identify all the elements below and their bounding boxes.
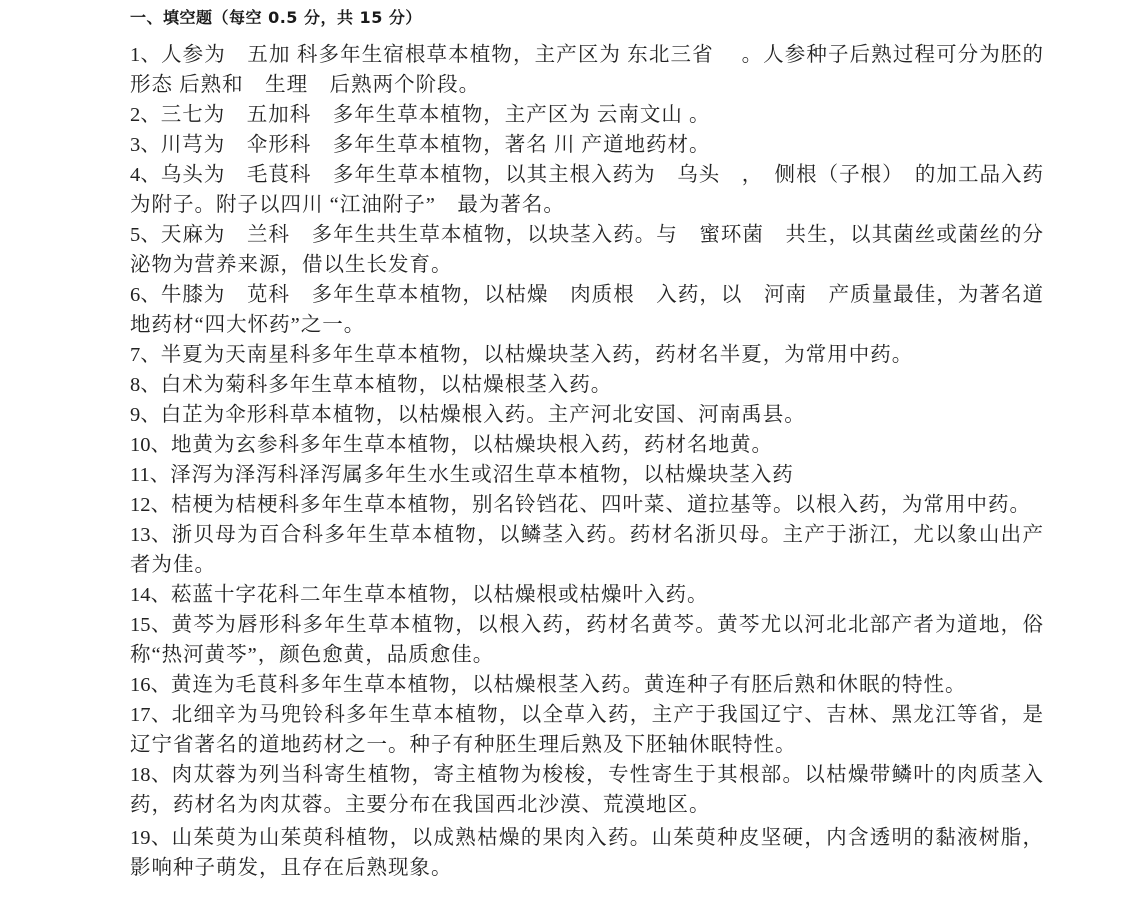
question-number: 10、 (130, 434, 171, 456)
question-number: 4、 (130, 164, 161, 186)
question-text: 白术为菊科多年生草本植物，以枯燥根茎入药。 (161, 374, 613, 396)
question-text: 浙贝母为百合科多年生草本植物，以鳞茎入药。药材名浙贝母。主产于浙江，尤以象山出产… (130, 524, 1044, 576)
question-text: 半夏为天南星科多年生草本植物，以枯燥块茎入药，药材名半夏，为常用中药。 (161, 344, 914, 366)
question-number: 8、 (130, 374, 161, 396)
question-text: 黄芩为唇形科多年生草本植物，以根入药，药材名黄芩。黄芩尤以河北北部产者为道地，俗… (130, 614, 1044, 666)
question-item-9: 9、白芷为伞形科草本植物，以枯燥根入药。主产河北安国、河南禹县。 (130, 400, 1044, 430)
question-number: 18、 (130, 764, 172, 786)
question-number: 17、 (130, 704, 172, 726)
question-list: 1、人参为 五加 科多年生宿根草本植物，主产区为 东北三省 。人参种子后熟过程可… (130, 40, 1044, 883)
question-item-1: 1、人参为 五加 科多年生宿根草本植物，主产区为 东北三省 。人参种子后熟过程可… (130, 40, 1044, 100)
question-item-19: 19、山茱萸为山茱萸科植物，以成熟枯燥的果肉入药。山茱萸种皮坚硬，内含透明的黏液… (130, 823, 1044, 883)
question-number: 1、 (130, 44, 161, 66)
question-number: 6、 (130, 284, 161, 306)
question-text: 地黄为玄参科多年生草本植物，以枯燥块根入药，药材名地黄。 (171, 434, 773, 456)
question-item-5: 5、天麻为 兰科 多年生共生草本植物，以块茎入药。与 蜜环菌 共生，以其菌丝或菌… (130, 220, 1044, 280)
question-number: 5、 (130, 224, 161, 246)
question-text: 黄连为毛茛科多年生草本植物，以枯燥根茎入药。黄连种子有胚后熟和休眠的特性。 (171, 674, 967, 696)
question-item-15: 15、黄芩为唇形科多年生草本植物，以根入药，药材名黄芩。黄芩尤以河北北部产者为道… (130, 610, 1044, 670)
question-item-10: 10、地黄为玄参科多年生草本植物，以枯燥块根入药，药材名地黄。 (130, 430, 1044, 460)
question-text: 白芷为伞形科草本植物，以枯燥根入药。主产河北安国、河南禹县。 (161, 404, 806, 426)
document-page: 一、填空题（每空 0.5 分，共 15 分） 1、人参为 五加 科多年生宿根草本… (130, 0, 1044, 883)
question-number: 15、 (130, 614, 172, 636)
section-title: 一、填空题（每空 0.5 分，共 15 分） (130, 8, 1044, 28)
question-text: 天麻为 兰科 多年生共生草本植物，以块茎入药。与 蜜环菌 共生，以其菌丝或菌丝的… (130, 224, 1044, 276)
question-number: 13、 (130, 524, 172, 546)
question-item-2: 2、三七为 五加科 多年生草本植物，主产区为 云南文山 。 (130, 100, 1044, 130)
question-item-8: 8、白术为菊科多年生草本植物，以枯燥根茎入药。 (130, 370, 1044, 400)
question-item-7: 7、半夏为天南星科多年生草本植物，以枯燥块茎入药，药材名半夏，为常用中药。 (130, 340, 1044, 370)
question-text: 北细辛为马兜铃科多年生草本植物，以全草入药，主产于我国辽宁、吉林、黑龙江等省，是… (130, 704, 1044, 756)
question-text: 乌头为 毛茛科 多年生草本植物，以其主根入药为 乌头 ， 侧根（子根） 的加工品… (130, 164, 1044, 216)
question-item-12: 12、桔梗为桔梗科多年生草本植物，别名铃铛花、四叶菜、道拉基等。以根入药，为常用… (130, 490, 1044, 520)
question-item-17: 17、北细辛为马兜铃科多年生草本植物，以全草入药，主产于我国辽宁、吉林、黑龙江等… (130, 700, 1044, 760)
question-item-3: 3、川芎为 伞形科 多年生草本植物，著名 川 产道地药材。 (130, 130, 1044, 160)
question-number: 12、 (130, 494, 171, 516)
question-text: 川芎为 伞形科 多年生草本植物，著名 川 产道地药材。 (161, 134, 711, 156)
question-item-18: 18、肉苁蓉为列当科寄生植物，寄主植物为梭梭，专性寄生于其根部。以枯燥带鳞叶的肉… (130, 760, 1044, 820)
question-number: 9、 (130, 404, 161, 426)
question-text: 肉苁蓉为列当科寄生植物，寄主植物为梭梭，专性寄生于其根部。以枯燥带鳞叶的肉质茎入… (130, 764, 1044, 816)
question-text: 三七为 五加科 多年生草本植物，主产区为 云南文山 。 (161, 104, 711, 126)
question-item-16: 16、黄连为毛茛科多年生草本植物，以枯燥根茎入药。黄连种子有胚后熟和休眠的特性。 (130, 670, 1044, 700)
question-text: 牛膝为 苋科 多年生草本植物，以枯燥 肉质根 入药，以 河南 产质量最佳，为著名… (130, 284, 1044, 336)
question-item-14: 14、菘蓝十字花科二年生草本植物，以枯燥根或枯燥叶入药。 (130, 580, 1044, 610)
question-item-4: 4、乌头为 毛茛科 多年生草本植物，以其主根入药为 乌头 ， 侧根（子根） 的加… (130, 160, 1044, 220)
question-number: 3、 (130, 134, 161, 156)
question-item-11: 11、泽泻为泽泻科泽泻属多年生水生或沼生草本植物，以枯燥块茎入药 (130, 460, 1044, 490)
question-number: 14、 (130, 584, 171, 606)
question-number: 7、 (130, 344, 161, 366)
question-text: 桔梗为桔梗科多年生草本植物，别名铃铛花、四叶菜、道拉基等。以根入药，为常用中药。 (171, 494, 1031, 516)
question-text: 人参为 五加 科多年生宿根草本植物，主产区为 东北三省 。人参种子后熟过程可分为… (130, 44, 1044, 96)
question-text: 菘蓝十字花科二年生草本植物，以枯燥根或枯燥叶入药。 (171, 584, 709, 606)
question-item-13: 13、浙贝母为百合科多年生草本植物，以鳞茎入药。药材名浙贝母。主产于浙江，尤以象… (130, 520, 1044, 580)
question-text: 山茱萸为山茱萸科植物，以成熟枯燥的果肉入药。山茱萸种皮坚硬，内含透明的黏液树脂，… (130, 827, 1044, 879)
question-number: 16、 (130, 674, 171, 696)
question-number: 19、 (130, 827, 172, 849)
question-text: 泽泻为泽泻科泽泻属多年生水生或沼生草本植物，以枯燥块茎入药 (170, 464, 794, 486)
question-item-6: 6、牛膝为 苋科 多年生草本植物，以枯燥 肉质根 入药，以 河南 产质量最佳，为… (130, 280, 1044, 340)
question-number: 11、 (130, 464, 170, 486)
question-number: 2、 (130, 104, 161, 126)
